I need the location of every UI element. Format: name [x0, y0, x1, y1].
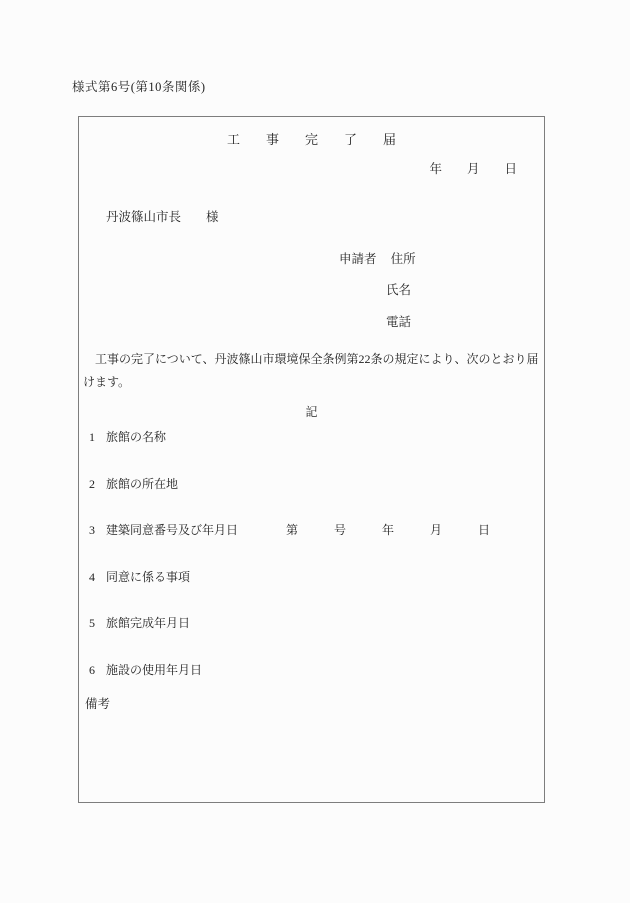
item-number: 1 [89, 431, 106, 443]
item-label: 旅館の所在地 [106, 478, 178, 490]
item-number: 5 [89, 617, 106, 629]
item-row-ryokan-name: 1 旅館の名称 [89, 431, 538, 443]
applicant-name-row: 氏名 [386, 284, 411, 297]
item-number: 3 [89, 524, 106, 536]
applicant-address-row: 申請者 住所 [339, 253, 416, 266]
body-paragraph: 工事の完了について、丹波篠山市環境保全条例第22条の規定により、次のとおり届けま… [83, 348, 541, 394]
item-detail: 第 号 年 月 日 [286, 524, 490, 536]
item-label: 建築同意番号及び年月日 [106, 524, 238, 536]
item-label: 旅館の名称 [106, 431, 166, 443]
applicant-phone-label: 電話 [386, 315, 411, 329]
item-row-ryokan-location: 2 旅館の所在地 [89, 478, 538, 490]
record-marker: 記 [79, 406, 544, 418]
item-row-consent-number-date: 3 建築同意番号及び年月日 第 号 年 月 日 [89, 524, 538, 536]
item-row-consent-matters: 4 同意に係る事項 [89, 571, 538, 583]
applicant-address-label: 住所 [391, 252, 416, 266]
addressee-line: 丹波篠山市長 様 [106, 211, 219, 224]
applicant-name-label: 氏名 [386, 283, 411, 297]
item-row-facility-use-date: 6 施設の使用年月日 [89, 664, 538, 676]
item-label: 同意に係る事項 [106, 571, 190, 583]
item-row-completion-date: 5 旅館完成年月日 [89, 617, 538, 629]
item-number: 6 [89, 664, 106, 676]
document-page: 様式第6号(第10条関係) 工 事 完 了 届 年 月 日 丹波篠山市長 様 申… [0, 0, 630, 903]
form-title: 工 事 完 了 届 [79, 133, 544, 146]
item-label: 旅館完成年月日 [106, 617, 190, 629]
remarks-label: 備考 [85, 698, 110, 711]
item-number: 4 [89, 571, 106, 583]
date-line: 年 月 日 [429, 163, 517, 176]
item-number: 2 [89, 478, 106, 490]
form-box: 工 事 完 了 届 年 月 日 丹波篠山市長 様 申請者 住所 氏名 電話 工事… [78, 116, 545, 803]
applicant-phone-row: 電話 [386, 316, 411, 329]
applicant-label: 申請者 [339, 252, 377, 266]
item-label: 施設の使用年月日 [106, 664, 202, 676]
form-number-label: 様式第6号(第10条関係) [72, 81, 206, 94]
